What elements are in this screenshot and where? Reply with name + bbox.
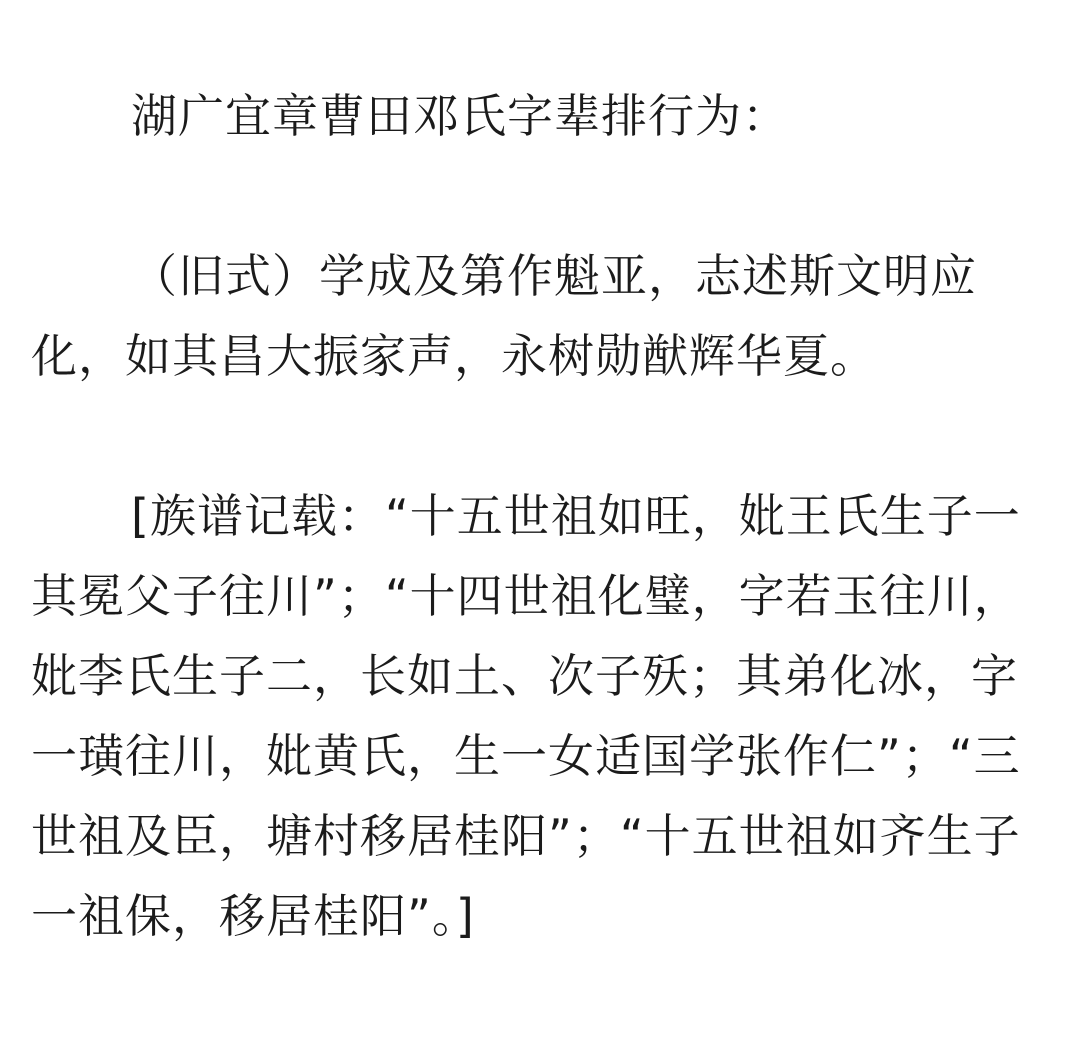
- text-line: [族谱记载：“十五世祖如旺，妣王氏生子一: [31, 476, 1052, 556]
- text-line: 一祖保，移居桂阳”。]: [31, 876, 1052, 956]
- text-line: 化，如其昌大振家声，永树勋猷辉华夏。: [31, 316, 1052, 396]
- paragraph-heading: 湖广宜章曹田邓氏字辈排行为：: [31, 76, 1052, 156]
- paragraph-genealogy-record: [族谱记载：“十五世祖如旺，妣王氏生子一 其冕父子往川”；“十四世祖化璧，字若玉…: [31, 476, 1052, 956]
- article-body: 湖广宜章曹田邓氏字辈排行为： （旧式）学成及第作魁亚，志述斯文明应 化，如其昌大…: [0, 0, 1080, 956]
- paragraph-generation-poem: （旧式）学成及第作魁亚，志述斯文明应 化，如其昌大振家声，永树勋猷辉华夏。: [31, 236, 1052, 396]
- text-line: 世祖及臣，塘村移居桂阳”；“十五世祖如齐生子: [31, 796, 1052, 876]
- text-line: （旧式）学成及第作魁亚，志述斯文明应: [31, 236, 1052, 316]
- text-line: 妣李氏生子二，长如土、次子殀；其弟化冰，字: [31, 636, 1052, 716]
- text-line: 其冕父子往川”；“十四世祖化璧，字若玉往川，: [31, 556, 1052, 636]
- text-line: 湖广宜章曹田邓氏字辈排行为：: [31, 76, 1052, 156]
- text-line: 一璜往川，妣黄氏，生一女适国学张作仁”；“三: [31, 716, 1052, 796]
